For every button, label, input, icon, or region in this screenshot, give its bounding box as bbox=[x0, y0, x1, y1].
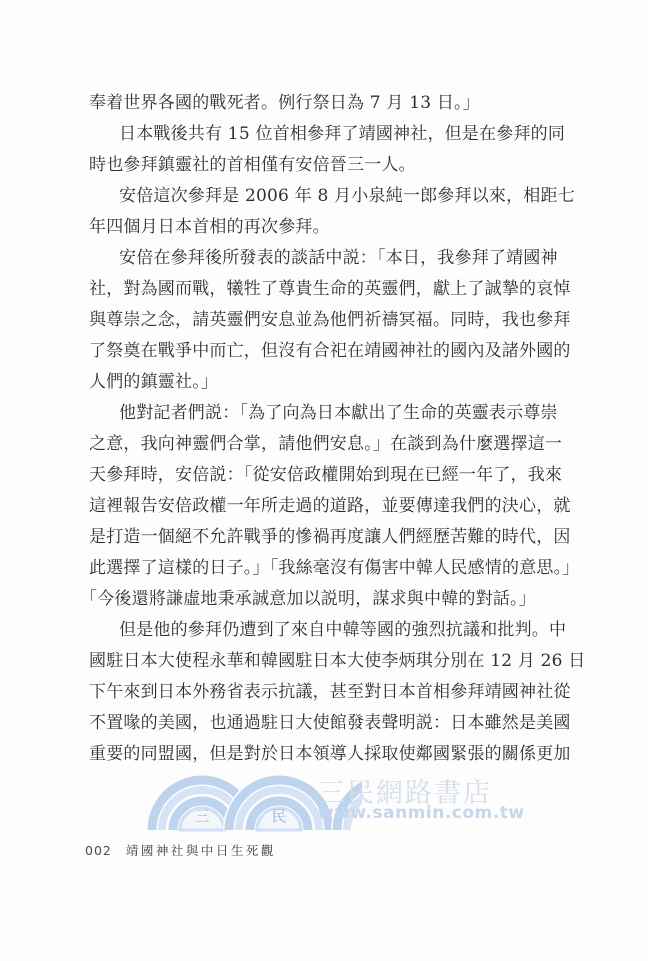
text-line: 不置喙的美國，也通過駐日大使館發表聲明説：日本雖然是美國 bbox=[89, 708, 634, 739]
svg-text:民: 民 bbox=[271, 807, 286, 825]
watermark-store-name: 三民網路書店 bbox=[318, 771, 492, 810]
text-line: 他對記者們説：「為了向為日本獻出了生命的英靈表示尊崇 bbox=[89, 398, 634, 429]
page-number: 002 bbox=[85, 843, 112, 858]
text-line: 這裡報告安倍政權一年所走過的道路，並要傳達我們的決心，就 bbox=[89, 491, 634, 522]
text-line: 此選擇了這樣的日子。」「我絲毫沒有傷害中韓人民感情的意思。」 bbox=[89, 553, 634, 584]
text-line: 但是他的參拜仍遭到了來自中韓等國的強烈抗議和批判。中 bbox=[89, 615, 634, 646]
text-line: 社，對為國而戰，犧牲了尊貴生命的英靈們，獻上了誠摯的哀悼 bbox=[89, 274, 634, 305]
text-line: 下午來到日本外務省表示抗議，甚至對日本首相參拜靖國神社從 bbox=[89, 677, 634, 708]
sanmin-logo-icon: 三 民 bbox=[147, 770, 362, 832]
logo-arch-fragment bbox=[331, 774, 362, 830]
text-line: 之意，我向神靈們合掌，請他們安息。」在談到為什麼選擇這一 bbox=[89, 429, 634, 460]
text-line: 重要的同盟國，但是對於日本領導人採取使鄰國緊張的關係更加 bbox=[89, 739, 634, 770]
text-line: 奉着世界各國的戰死者。例行祭日為 7 月 13 日。」 bbox=[89, 88, 634, 119]
text-line: 了祭奠在戰爭中而亡，但沒有合祀在靖國神社的國內及諸外國的 bbox=[89, 336, 634, 367]
book-page: 奉着世界各國的戰死者。例行祭日為 7 月 13 日。」日本戰後共有 15 位首相… bbox=[0, 0, 648, 961]
text-line: 與尊崇之念，請英靈們安息並為他們祈禱冥福。同時，我也參拜 bbox=[89, 305, 634, 336]
watermark-url: www.sanmin.com.tw bbox=[318, 803, 525, 823]
text-line: 天參拜時，安倍説：「從安倍政權開始到現在已經一年了，我來 bbox=[89, 460, 634, 491]
svg-text:三: 三 bbox=[194, 807, 209, 825]
text-line: 國駐日本大使程永華和韓國駐日本大使李炳琪分別在 12 月 26 日 bbox=[89, 646, 634, 677]
page-footer: 002 靖國神社與中日生死觀 bbox=[85, 841, 276, 859]
body-text: 奉着世界各國的戰死者。例行祭日為 7 月 13 日。」日本戰後共有 15 位首相… bbox=[89, 88, 634, 770]
book-title: 靖國神社與中日生死觀 bbox=[126, 841, 276, 859]
text-line: 安倍在參拜後所發表的談話中説：「本日，我參拜了靖國神 bbox=[89, 243, 634, 274]
text-line: 是打造一個絕不允許戰爭的慘禍再度讓人們經歷苦難的時代，因 bbox=[89, 522, 634, 553]
text-line: 年四個月日本首相的再次參拜。 bbox=[89, 212, 634, 243]
text-line: 安倍這次參拜是 2006 年 8 月小泉純一郎參拜以來，相距七 bbox=[89, 181, 634, 212]
text-line: 日本戰後共有 15 位首相參拜了靖國神社，但是在參拜的同 bbox=[89, 119, 634, 150]
logo-arch-left: 三 bbox=[152, 780, 252, 830]
text-line: 人們的鎮靈社。」 bbox=[89, 367, 634, 398]
text-line: 時也參拜鎮靈社的首相僅有安倍晉三一人。 bbox=[89, 150, 634, 181]
logo-arch-right: 民 bbox=[223, 774, 335, 830]
text-line: 「今後還將謙虛地秉承誠意加以説明，謀求與中韓的對話。」 bbox=[80, 584, 634, 615]
